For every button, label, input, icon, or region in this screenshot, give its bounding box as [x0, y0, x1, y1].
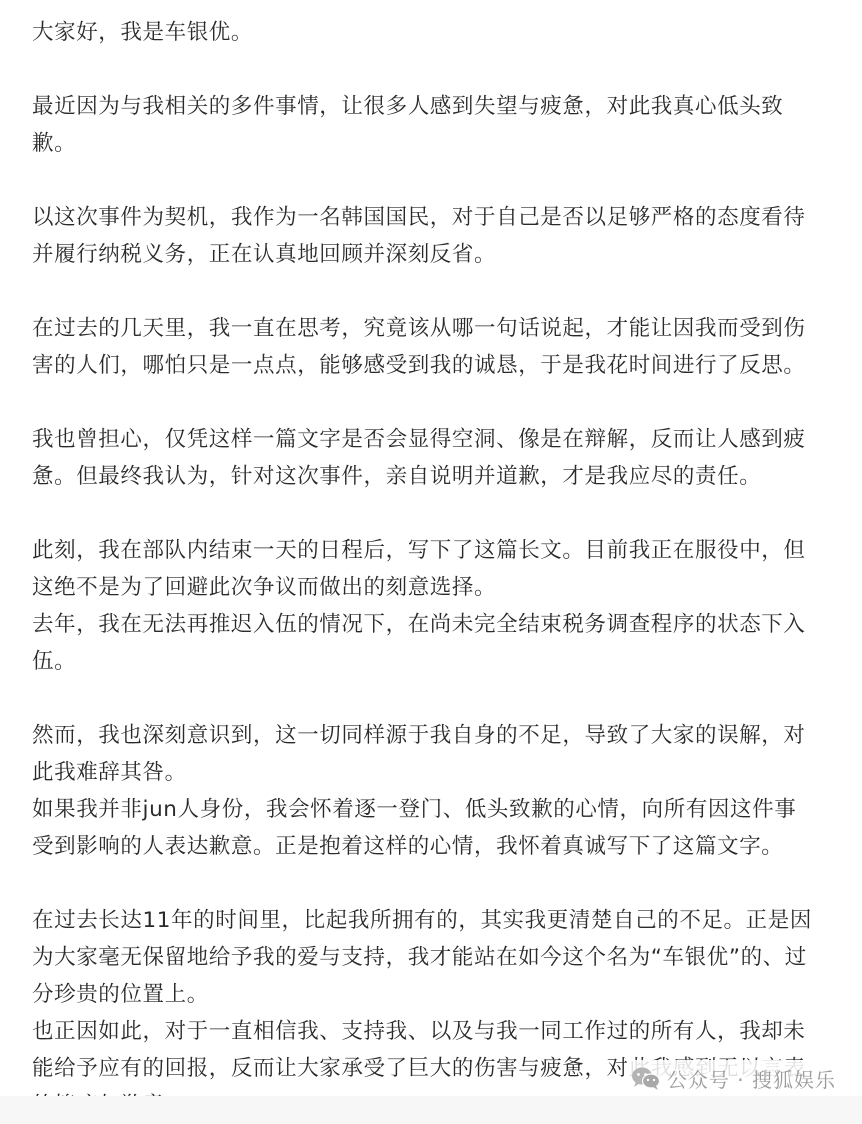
wechat-icon [631, 1066, 661, 1090]
text-line: 歉。 [32, 125, 832, 162]
text-line: 这绝不是为了回避此次争议而做出的刻意选择。 [32, 569, 832, 606]
text-line: 也正因如此，对于一直相信我、支持我、以及与我一同工作过的所有人，我却未 [32, 1013, 832, 1050]
paragraph-past-days: 在过去的几天里，我一直在思考，究竟该从哪一句话说起，才能让因我而受到伤 害的人们… [32, 310, 832, 384]
text-line: 在过去的几天里，我一直在思考，究竟该从哪一句话说起，才能让因我而受到伤 [32, 310, 832, 347]
text-line: 然而，我也深刻意识到，这一切同样源于我自身的不足，导致了大家的误解，对 [32, 717, 832, 754]
paragraph-greeting: 大家好，我是车银优。 [32, 14, 832, 51]
watermark-text: 公众号 · 搜狐娱乐 [667, 1064, 836, 1093]
text-line: 分珍贵的位置上。 [32, 976, 832, 1013]
text-line: 并履行纳税义务，正在认真地回顾并深刻反省。 [32, 236, 832, 273]
paragraph-concern: 我也曾担心，仅凭这样一篇文字是否会显得空洞、像是在辩解，反而让人感到疲 惫。但最… [32, 421, 832, 495]
source-watermark: 公众号 · 搜狐娱乐 [627, 1060, 840, 1096]
text-line: 在过去长达11年的时间里，比起我所拥有的，其实我更清楚自己的不足。正是因 [32, 902, 832, 939]
text-line: 害的人们，哪怕只是一点点，能够感受到我的诚恳，于是我花时间进行了反思。 [32, 347, 832, 384]
text-line: 我也曾担心，仅凭这样一篇文字是否会显得空洞、像是在辩解，反而让人感到疲 [32, 421, 832, 458]
paragraph-military-service: 此刻，我在部队内结束一天的日程后，写下了这篇长文。目前我正在服役中，但 这绝不是… [32, 532, 832, 680]
text-line: 受到影响的人表达歉意。正是抱着这样的心情，我怀着真诚写下了这篇文字。 [32, 828, 832, 865]
text-line: 伍。 [32, 643, 832, 680]
text-line: 去年，我在无法再推迟入伍的情况下，在尚未完全结束税务调查程序的状态下入 [32, 606, 832, 643]
paragraph-responsibility: 然而，我也深刻意识到，这一切同样源于我自身的不足，导致了大家的误解，对 此我难辞… [32, 717, 832, 865]
text-line: 大家好，我是车银优。 [32, 14, 832, 51]
text-line: 以这次事件为契机，我作为一名韩国国民，对于自己是否以足够严格的态度看待 [32, 199, 832, 236]
text-line: 此刻，我在部队内结束一天的日程后，写下了这篇长文。目前我正在服役中，但 [32, 532, 832, 569]
article-body: 大家好，我是车银优。 最近因为与我相关的多件事情，让很多人感到失望与疲惫，对此我… [32, 14, 832, 1124]
text-line: 如果我并非jun人身份，我会怀着逐一登门、低头致歉的心情，向所有因这件事 [32, 791, 832, 828]
footer-strip [0, 1096, 862, 1124]
text-line: 惫。但最终我认为，针对这次事件，亲自说明并道歉，才是我应尽的责任。 [32, 458, 832, 495]
text-line: 此我难辞其咎。 [32, 754, 832, 791]
text-line: 最近因为与我相关的多件事情，让很多人感到失望与疲惫，对此我真心低头致 [32, 88, 832, 125]
text-line: 为大家毫无保留地给予我的爱与支持，我才能站在如今这个名为“车银优”的、过 [32, 939, 832, 976]
paragraph-tax-reflection: 以这次事件为契机，我作为一名韩国国民，对于自己是否以足够严格的态度看待 并履行纳… [32, 199, 832, 273]
paragraph-apology: 最近因为与我相关的多件事情，让很多人感到失望与疲惫，对此我真心低头致 歉。 [32, 88, 832, 162]
